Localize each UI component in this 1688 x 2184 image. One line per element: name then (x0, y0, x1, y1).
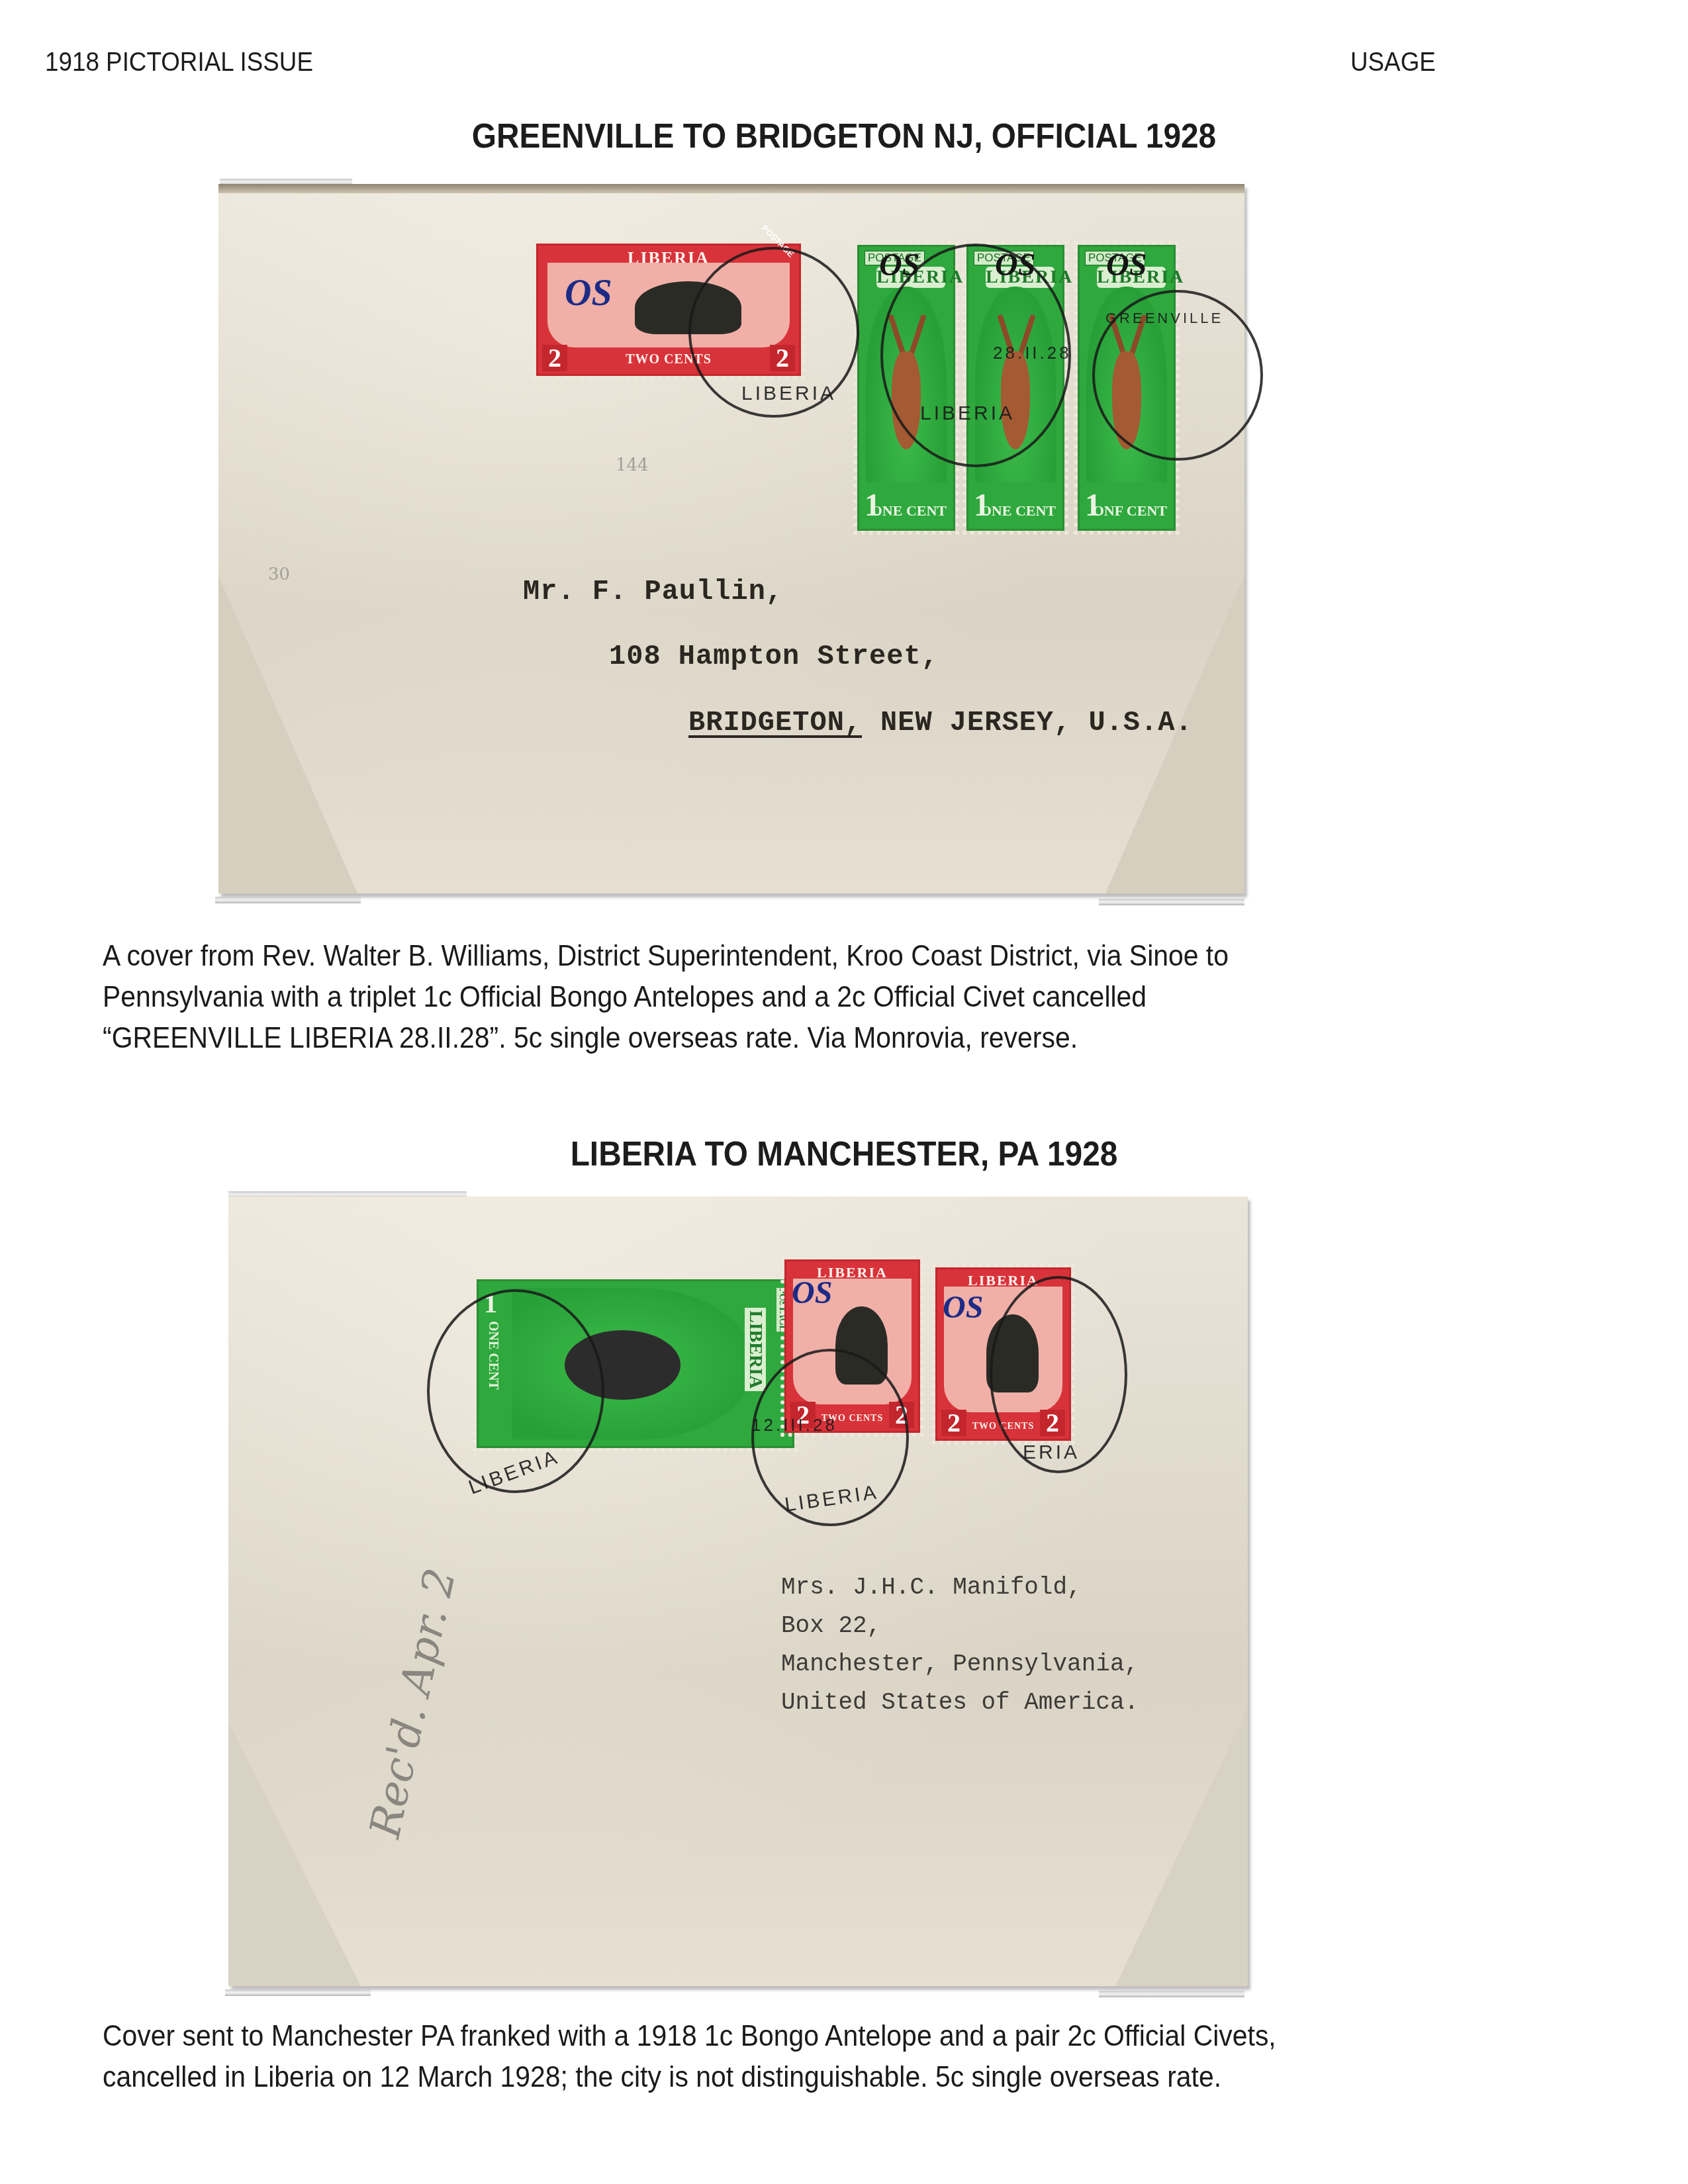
address-line-country: United States of America. (781, 1689, 1139, 1716)
address-line-box: Box 22, (781, 1612, 881, 1639)
cover-2-envelope: 1 ONE CENT LIBERIA POSTAGE LIBERIA 2 TWO… (228, 1197, 1248, 1986)
cover-1-envelope: LIBERIA POSTAGE 2 TWO CENTS 2 OS POSTAGE… (218, 184, 1244, 893)
pencil-received-note: Rec'd. Apr. 2 (361, 1565, 465, 1843)
stamp-country: LIBERIA (745, 1308, 766, 1391)
cover-1-title: GREENVILLE TO BRIDGETON NJ, OFFICIAL 192… (68, 116, 1620, 156)
postmark-date: 28.II.28 (993, 343, 1072, 363)
postmark-date: 12.III.28 (751, 1415, 837, 1435)
cover-1-caption: A cover from Rev. Walter B. Williams, Di… (103, 936, 1519, 1059)
stamp-value-text: ONE CENT (871, 502, 947, 520)
envelope-flap-left (218, 576, 357, 893)
address-line-street: 108 Hampton Street, (609, 641, 939, 672)
address-line-name: Mrs. J.H.C. Manifold, (781, 1574, 1082, 1601)
postmark-text: ERIA (1023, 1441, 1080, 1464)
caption-line: A cover from Rev. Walter B. Williams, Di… (103, 936, 1519, 977)
envelope-flap-left (228, 1721, 361, 1986)
envelope-flap-right (1115, 1708, 1248, 1986)
postmark-text: GREENVILLE (1105, 310, 1223, 327)
page-header-category: USAGE (1350, 48, 1436, 77)
mount-corner (1099, 899, 1244, 905)
address-line-name: Mr. F. Paullin, (523, 576, 783, 608)
caption-line: “GREENVILLE LIBERIA 28.II.28”. 5c single… (103, 1018, 1519, 1059)
stamp-value: 2 (941, 1410, 966, 1436)
cover-2-caption: Cover sent to Manchester PA franked with… (103, 2016, 1519, 2098)
mount-corner (225, 1989, 371, 1996)
pencil-note: 30 (268, 565, 290, 584)
page-header-section: 1918 PICTORIAL ISSUE (45, 48, 313, 77)
mount-corner (215, 897, 361, 903)
postmark-text: LIBERIA (741, 383, 836, 405)
official-overprint: OS (1106, 247, 1147, 283)
official-overprint: OS (565, 272, 612, 314)
address-line-city: BRIDGETON, (688, 707, 862, 739)
stamp-value-text: ONF CENT (1093, 502, 1167, 520)
address-line-state: NEW JERSEY, U.S.A. (880, 707, 1193, 739)
caption-line: Cover sent to Manchester PA franked with… (103, 2016, 1519, 2057)
caption-line: Pennsylvania with a triplet 1c Official … (103, 977, 1519, 1018)
caption-line: cancelled in Liberia on 12 March 1928; t… (103, 2057, 1519, 2098)
official-overprint: OS (943, 1289, 983, 1326)
official-overprint: OS (792, 1275, 832, 1311)
cover-2-title: LIBERIA TO MANCHESTER, PA 1928 (68, 1134, 1620, 1174)
stamp-value-text: ONE CENT (980, 502, 1056, 520)
pencil-note: 144 (616, 455, 649, 475)
mount-corner (1099, 1991, 1244, 1997)
address-line-city: Manchester, Pennsylvania, (781, 1651, 1139, 1678)
postmark-text: LIBERIA (920, 402, 1015, 425)
